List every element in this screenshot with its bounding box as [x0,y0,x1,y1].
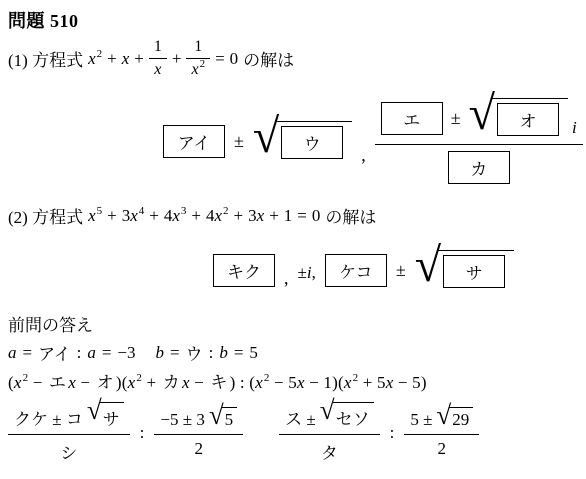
answer-box-u: ウ [281,126,343,159]
square-root: √サ [87,402,124,430]
fraction-kuke: クケ ± コ √サ シ [8,402,130,464]
plus-minus-sign: ± [234,131,244,152]
math-term: 0 [312,206,321,226]
plus-minus-sign: ± [396,260,406,281]
katakana-ki: キ [210,373,227,392]
fraction-one-over-x: 1 x [149,38,167,80]
equals-sign: = [170,343,180,363]
answer-box-o: オ [497,103,559,136]
imaginary-unit: i [572,118,577,138]
fraction-minus5: −5 ± 3 √5 2 [154,407,243,459]
math-operator: + [191,206,201,226]
radical-icon: √ [436,404,451,426]
page-title: 問題 510 [8,7,79,33]
answer-box-e: エ [381,102,443,135]
katakana-ka: カ [163,373,180,392]
square-root: √セソ [320,402,374,430]
equals-sign: = [234,343,244,363]
radical-icon: √ [87,399,102,421]
square-root: √29 [436,407,473,430]
colon: : [77,343,82,363]
fraction-su: ス ± √セソ タ [279,402,379,464]
math-operator: + [149,206,159,226]
problem1-label: (1) 方程式 [8,46,83,71]
math-operator: + [107,49,117,69]
problem2-label: (2) 方程式 [8,203,83,228]
answer-box-ka: カ [448,151,510,184]
problem1-tail: の解は [243,46,294,71]
radical-icon: √ [209,404,224,426]
math-term: 4x3 [164,206,187,226]
radical-icon: √ [469,94,495,134]
document-page: 問題 510 (1) 方程式 x2 + x + 1 x + 1 x2 = 0 の… [0,0,586,479]
problem1-answer-formula: アイ ± √ ウ , エ ± √ オ i カ [163,98,583,184]
math-operator: + [107,206,117,226]
math-term: 1 [284,206,293,226]
var-a: a [8,343,17,363]
comma: , [284,268,289,289]
math-term: x2 [88,49,102,69]
math-term: x [122,49,130,69]
math-operator: + [134,49,144,69]
problem2-answer-formula: キク , ±i, ケコ ± √ サ [213,250,514,290]
answer-box-keko: ケコ [325,254,387,287]
math-operator: + [172,49,182,69]
fraction-5-29: 5 ± √29 2 [404,407,479,459]
square-root: √ ウ [253,121,352,161]
answer-box-ai: アイ [163,125,225,158]
plus-minus-i-term: ±i, [298,263,316,283]
previous-answer-line-c: クケ ± コ √サ シ : −5 ± 3 √5 2 ス ± √セソ タ : 5 … [8,402,479,464]
previous-answer-line-b: (x2 − エx − オ)(x2 + カx − キ) : (x2 − 5x − … [8,368,427,393]
math-operator: = [215,49,225,69]
math-term: x5 [88,206,102,226]
fraction-one-over-x-squared: 1 x2 [186,38,210,80]
square-root: √5 [209,407,237,430]
katakana-u: ウ [186,340,203,365]
equals-sign: = [102,343,112,363]
radical-icon: √ [253,117,279,157]
comma: , [361,145,366,166]
answer-box-kiku: キク [213,254,275,287]
problem1-statement: (1) 方程式 x2 + x + 1 x + 1 x2 = 0 の解は [8,38,294,80]
previous-answer-line-a: a = アイ : a = −3 b = ウ : b = 5 [8,340,258,365]
radical-icon: √ [415,246,441,286]
previous-answers-heading: 前問の答え [8,311,93,336]
math-operator: = [297,206,307,226]
math-operator: + [234,206,244,226]
problem2-statement: (2) 方程式 x5 + 3x4 + 4x3 + 4x2 + 3x + 1 = … [8,203,376,228]
square-root: √ オ [469,98,568,138]
math-term: 4x2 [206,206,229,226]
complex-root-fraction: エ ± √ オ i カ [375,98,583,184]
plus-minus-sign: ± [451,108,461,129]
katakana-o: オ [97,373,114,392]
math-term: 3x [248,206,264,226]
value-minus3: −3 [117,343,135,363]
var-b: b [219,343,228,363]
math-term: 0 [230,49,239,69]
value-5: 5 [249,343,258,363]
square-root: √ サ [415,250,514,290]
equals-sign: = [23,343,33,363]
colon: : [209,343,214,363]
colon: : [390,423,395,443]
radical-icon: √ [320,399,335,421]
colon: : [140,423,145,443]
var-b: b [156,343,165,363]
math-term: 3x4 [122,206,145,226]
answer-box-sa: サ [443,255,505,288]
var-a: a [87,343,96,363]
problem2-tail: の解は [325,203,376,228]
math-operator: + [269,206,279,226]
katakana-e: エ [49,373,66,392]
katakana-ai: アイ [38,340,70,365]
